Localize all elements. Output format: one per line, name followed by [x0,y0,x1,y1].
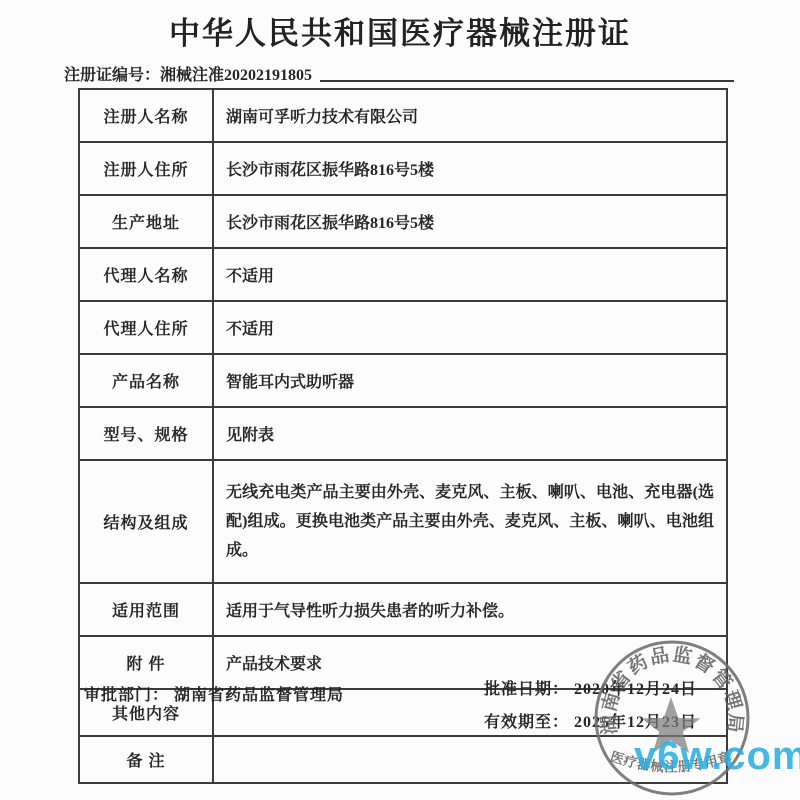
valid-until-label: 有效期至： [484,714,569,731]
table-row: 注册人住所 长沙市雨花区振华路816号5楼 [79,142,727,195]
certificate-number-label: 注册证编号： [64,62,160,85]
row-value: 不适用 [213,248,727,301]
row-value: 见附表 [213,407,727,460]
table-row: 代理人住所 不适用 [79,301,727,354]
table-row: 注册人名称 湖南可孚听力技术有限公司 [79,89,727,142]
table-row: 产品名称 智能耳内式助听器 [79,354,727,407]
row-label: 注册人住所 [79,142,213,195]
row-label: 型号、规格 [79,407,213,460]
certificate-number-line: 注册证编号： 湘械注准20202191805 [64,62,734,85]
row-label: 注册人名称 [79,89,213,142]
row-label: 结构及组成 [79,460,213,583]
row-label: 代理人名称 [79,248,213,301]
certificate-number-value: 湘械注准20202191805 [160,62,312,85]
row-value: 智能耳内式助听器 [213,354,727,407]
site-watermark: v6w.com [634,734,800,779]
row-value: 不适用 [213,301,727,354]
row-value: 长沙市雨花区振华路816号5楼 [213,142,727,195]
table-row: 生产地址 长沙市雨花区振华路816号5楼 [79,195,727,248]
approval-department-label: 审批部门： [84,687,169,704]
row-label: 代理人住所 [79,301,213,354]
row-label: 产品名称 [79,354,213,407]
row-value: 湖南可孚听力技术有限公司 [213,89,727,142]
approval-department-value: 湖南省药品监督管理局 [174,687,344,704]
certificate-number-underline [320,80,734,82]
row-label: 备 注 [79,736,213,783]
document-title: 中华人民共和国医疗器械注册证 [0,8,800,53]
row-value: 长沙市雨花区振华路816号5楼 [213,195,727,248]
row-label: 生产地址 [79,195,213,248]
approval-date-label: 批准日期： [484,681,569,698]
row-value: 无线充电类产品主要由外壳、麦克风、主板、喇叭、电池、充电器(选配)组成。更换电池… [213,460,727,583]
row-label: 适用范围 [79,583,213,636]
certificate-page: 中华人民共和国医疗器械注册证 注册证编号： 湘械注准20202191805 注册… [0,0,800,800]
table-row: 代理人名称 不适用 [79,248,727,301]
table-row: 型号、规格 见附表 [79,407,727,460]
approval-department-line: 审批部门： 湖南省药品监督管理局 [84,682,344,705]
table-row: 结构及组成 无线充电类产品主要由外壳、麦克风、主板、喇叭、电池、充电器(选配)组… [79,460,727,583]
